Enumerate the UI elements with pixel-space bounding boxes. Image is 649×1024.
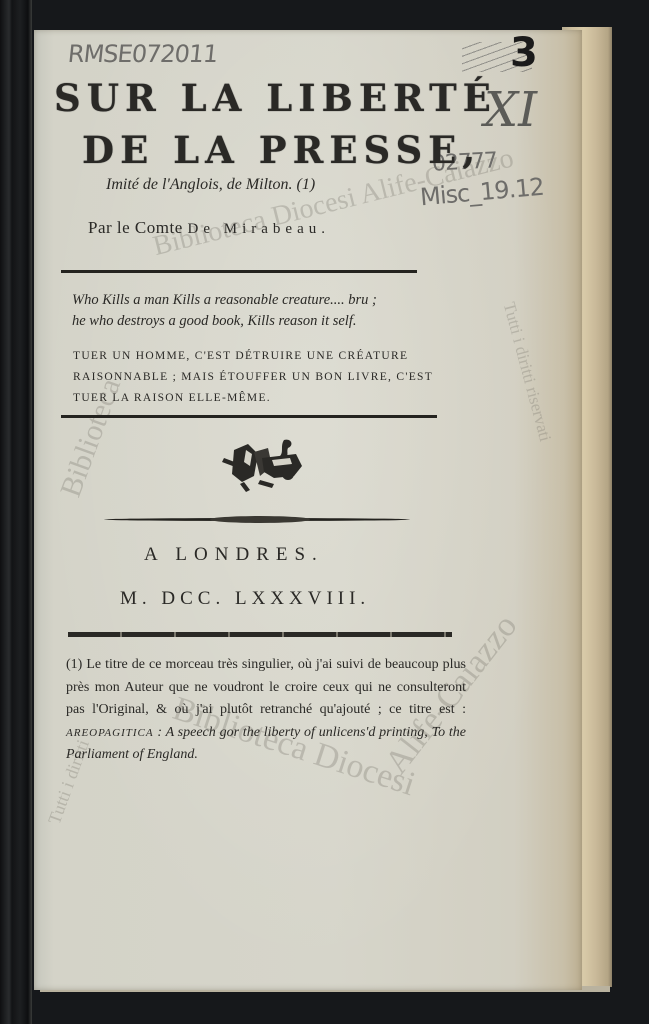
scanner-frame [0,0,32,1024]
imprint-year: M. DCC. LXXXVIII. [120,588,370,610]
epigraph-english: Who Kills a man Kills a reasonable creat… [72,290,377,332]
title-page [34,30,582,990]
shelfmark-annotation: RMSE072011 [67,40,219,68]
epigraph-english-line-2: he who destroys a good book, Kills reaso… [72,311,377,332]
subtitle: Imité de l'Anglois, de Milton. (1) [106,176,315,194]
divider-rule [61,270,417,273]
footnote-text: (1) Le titre de ce morceau très singulie… [66,657,466,717]
footnote-work-title: Areopagitica [66,727,154,739]
tapered-divider-center [210,516,310,523]
fleuron-ornament-icon [214,436,306,492]
volume-number-annotation: 3 [510,30,538,76]
epigraph-french: Tuer un Homme, c'est détruire une Créatu… [73,346,453,409]
divider-rule [61,415,437,418]
epigraph-english-line-1: Who Kills a man Kills a reasonable creat… [72,290,377,311]
imprint-place: A LONDRES. [144,544,324,566]
title-line-1: SUR LA LIBERTÉ [54,76,497,120]
segmented-divider-rule [68,632,452,637]
title-line-2: DE LA PRESSE, [82,128,481,172]
footnote: (1) Le titre de ce morceau très singulie… [66,654,466,767]
author-line: Par le Comte De Mirabeau. [88,218,330,238]
author-prefix: Par le Comte [88,218,183,237]
author-name: De Mirabeau. [188,221,330,237]
